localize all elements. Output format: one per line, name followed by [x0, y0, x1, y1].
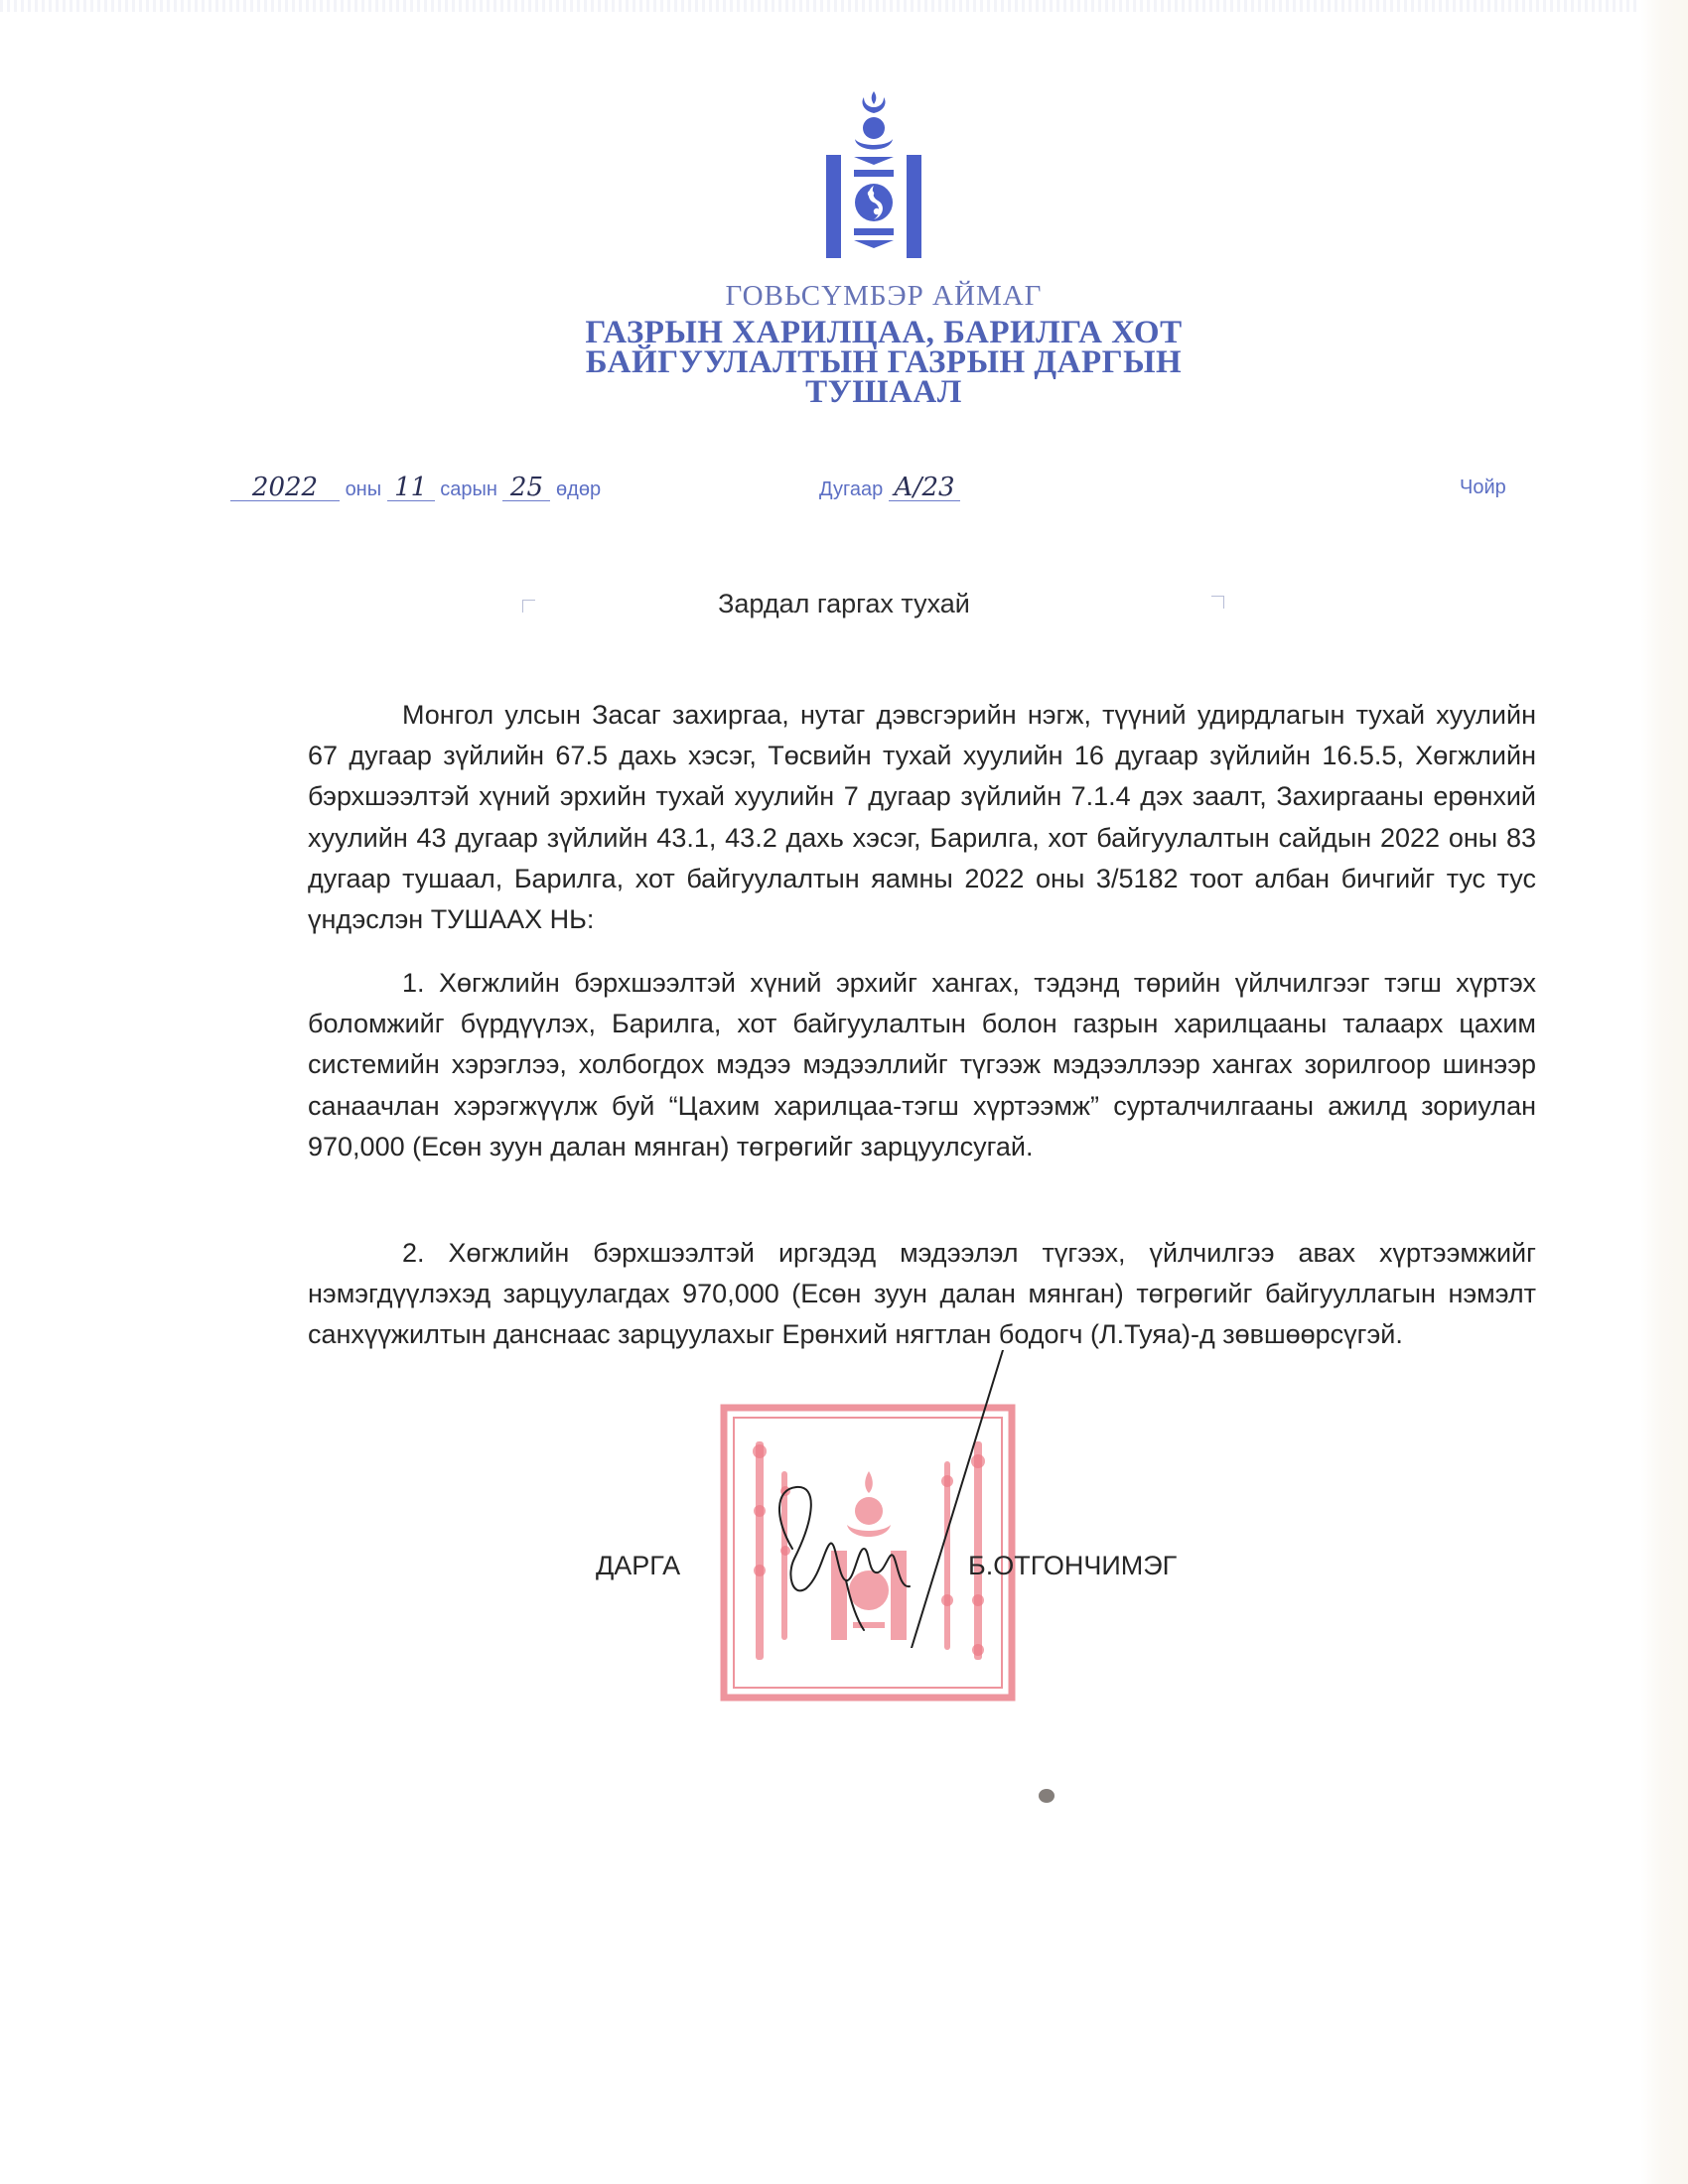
- signatory-name: Б.ОТГОНЧИМЭГ: [968, 1551, 1177, 1581]
- date-day: 25: [502, 475, 550, 501]
- organization-title: ГАЗРЫН ХАРИЛЦАА, БАРИЛГА ХОТ БАЙГУУЛАЛТЫ…: [536, 318, 1231, 407]
- date-year: 2022: [230, 475, 340, 501]
- preamble-paragraph: Монгол улсын Засаг захиргаа, нутаг дэвсг…: [308, 695, 1536, 940]
- page-edge: [1640, 0, 1688, 2184]
- clause-2: 2. Хөгжлийн бэрхшээлтэй иргэдэд мэдээлэл…: [308, 1233, 1536, 1356]
- year-label: оны: [346, 478, 382, 500]
- paragraph-text: 2. Хөгжлийн бэрхшээлтэй иргэдэд мэдээлэл…: [308, 1233, 1536, 1356]
- soyombo-emblem-icon: [826, 91, 921, 258]
- signatory-title: ДАРГА: [596, 1551, 680, 1581]
- handwritten-signature-icon: [735, 1350, 1033, 1648]
- scan-ink-spot: [1039, 1789, 1055, 1803]
- order-date: 2022 оны 11 сарын 25 өдөр: [230, 475, 601, 501]
- order-number: Дугаар А/23: [819, 475, 960, 501]
- paragraph-text: Монгол улсын Засаг захиргаа, нутаг дэвсг…: [308, 695, 1536, 940]
- day-label: өдөр: [556, 478, 601, 500]
- paragraph-text: 1. Хөгжлийн бэрхшээлтэй хүний эрхийг хан…: [308, 963, 1536, 1167]
- number-value: А/23: [889, 475, 960, 501]
- org-line: БАЙГУУЛАЛТЫН ГАЗРЫН ДАРГЫН: [536, 347, 1231, 377]
- place: Чойр: [1460, 477, 1506, 499]
- subject-title: Зардал гаргах тухай: [0, 589, 1688, 619]
- number-label: Дугаар: [819, 478, 883, 500]
- scan-noise: [0, 0, 1648, 12]
- org-line: ТУШААЛ: [536, 377, 1231, 407]
- org-line: ГАЗРЫН ХАРИЛЦАА, БАРИЛГА ХОТ: [536, 318, 1231, 347]
- clause-1: 1. Хөгжлийн бэрхшээлтэй хүний эрхийг хан…: [308, 963, 1536, 1167]
- aimag-name: ГОВЬСҮМБЭР АЙМАГ: [536, 280, 1231, 313]
- month-label: сарын: [440, 478, 497, 500]
- date-month: 11: [387, 475, 435, 501]
